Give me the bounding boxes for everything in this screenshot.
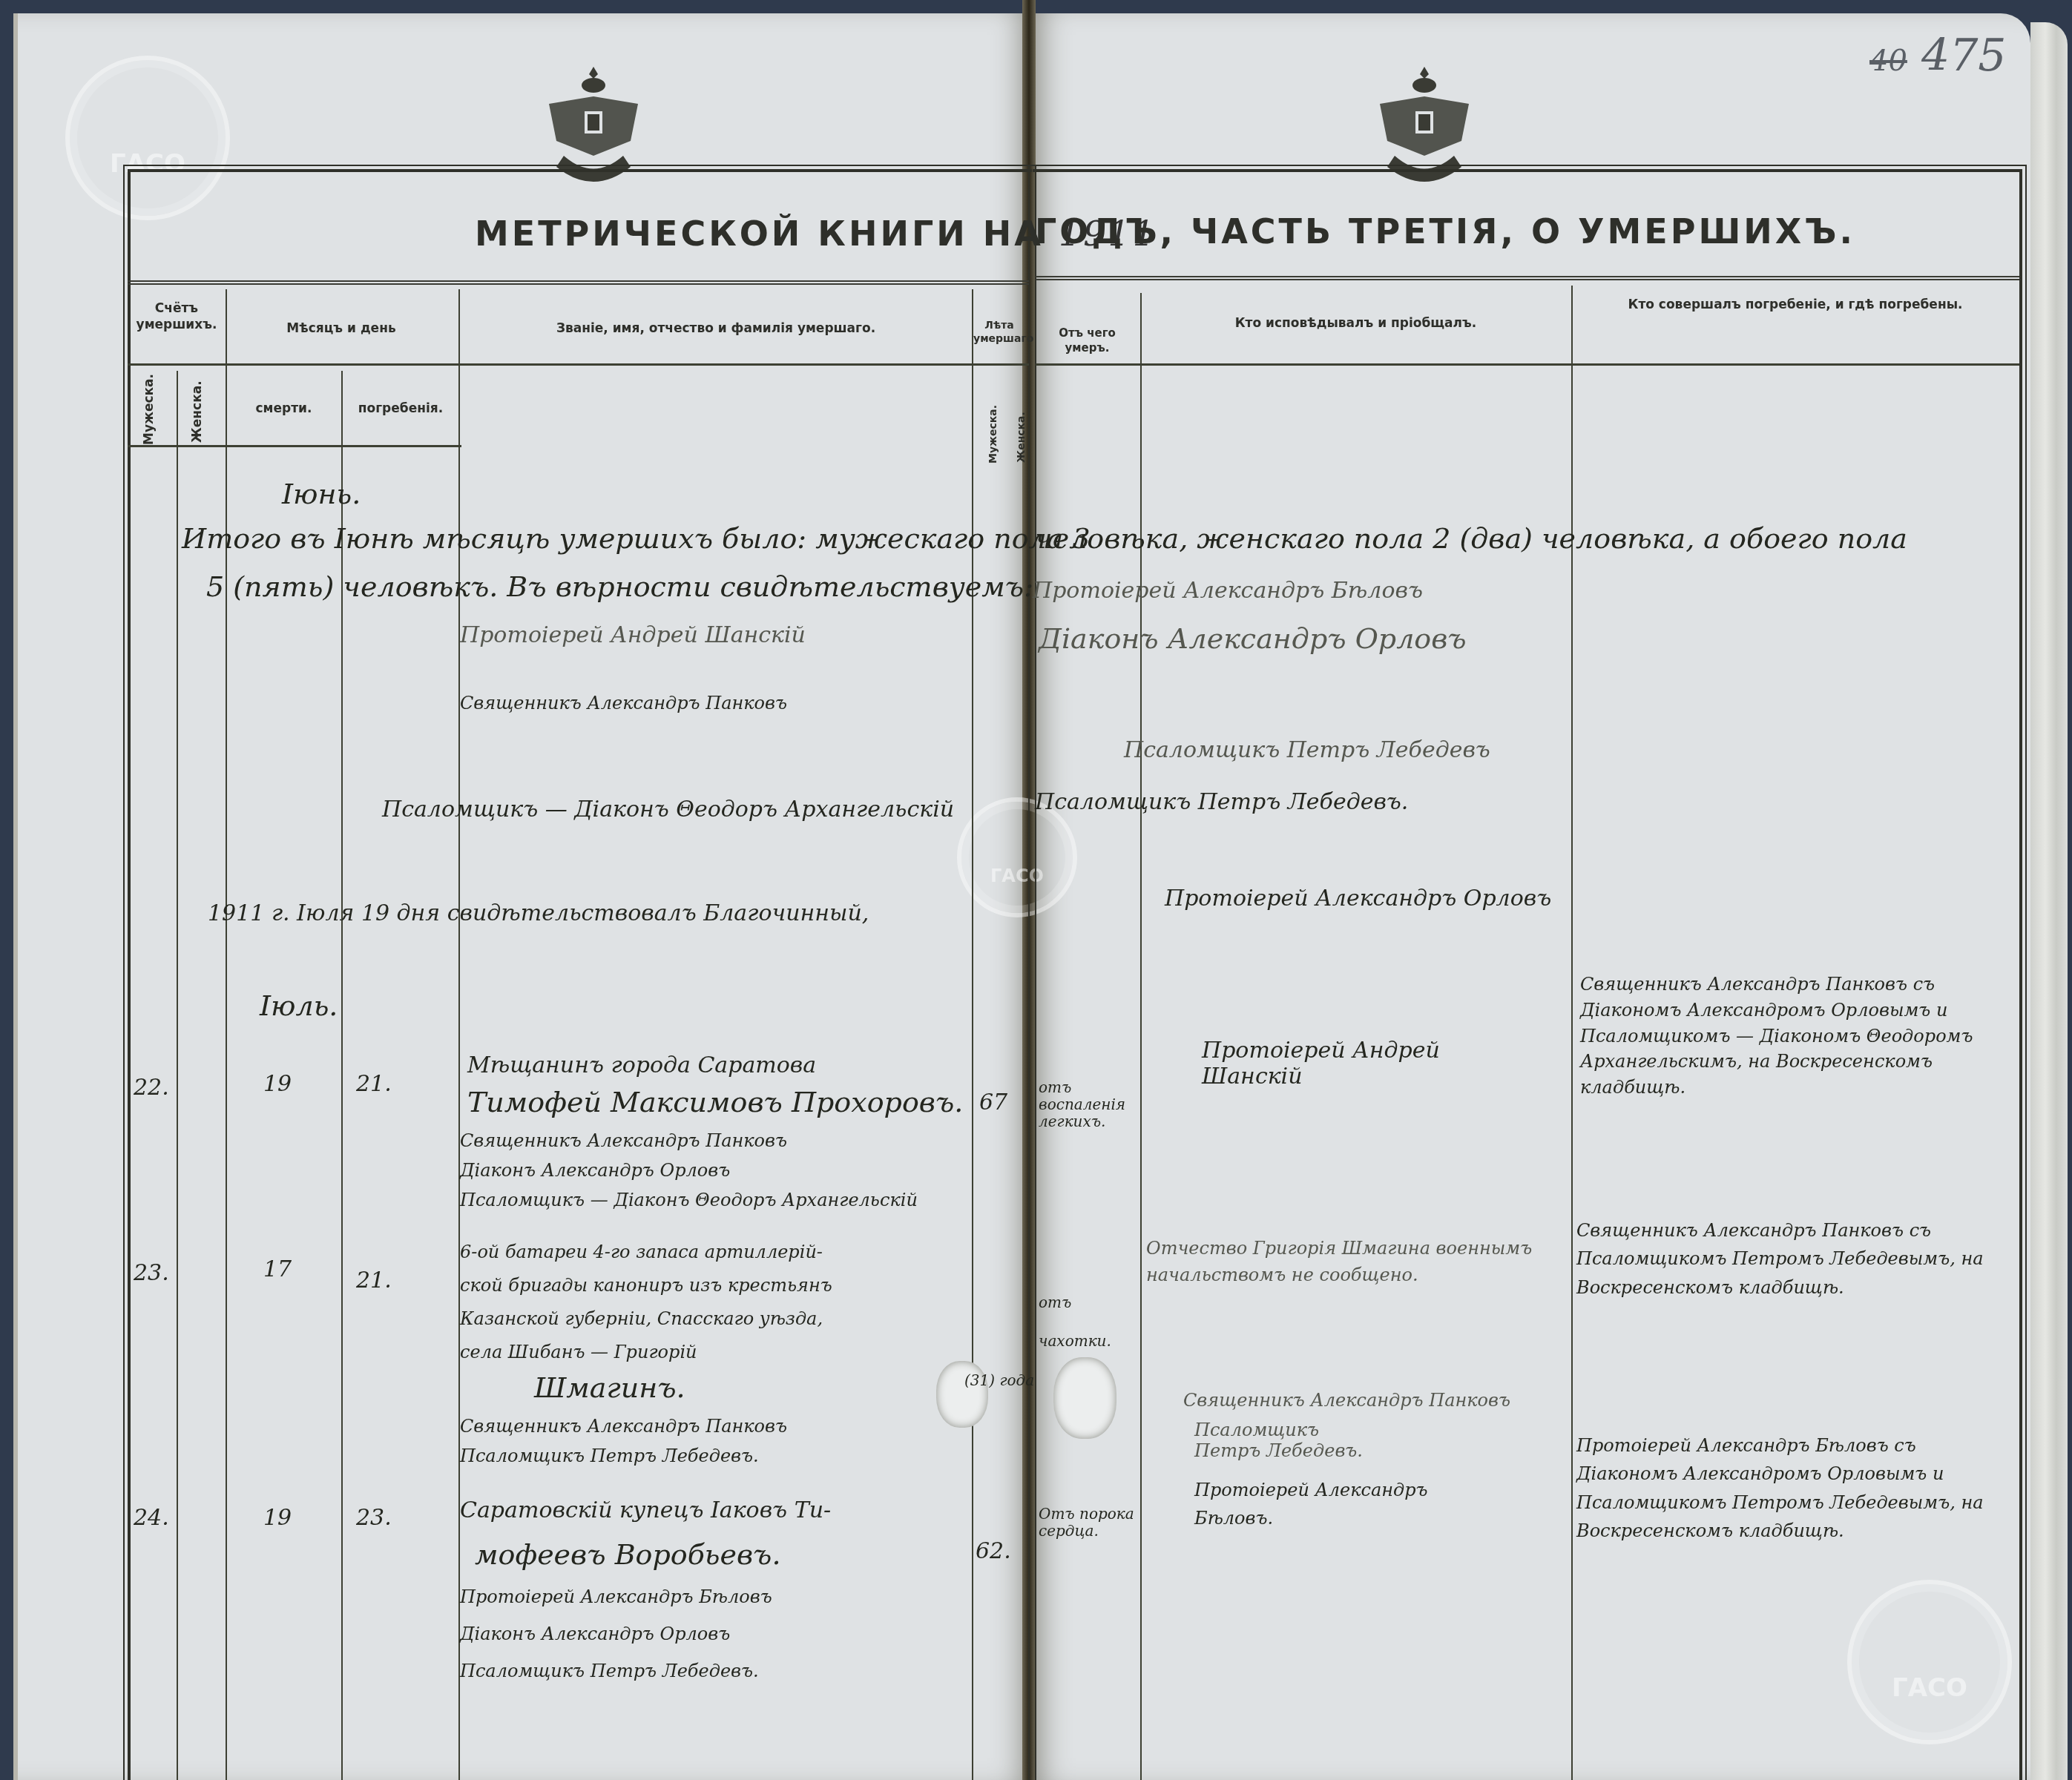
death-day: 19	[263, 1072, 292, 1098]
signature: Діаконъ Александръ Орловъ	[460, 1161, 730, 1181]
col-header-death: смерти.	[230, 400, 338, 417]
burial-day: 23.	[356, 1506, 392, 1532]
signature: Псаломщикъ Петръ Лебедевъ.	[460, 1446, 759, 1467]
deceased-name-line: Казанской губерніи, Спасскаго уѣзда,	[460, 1309, 823, 1330]
divider	[1036, 276, 2019, 280]
signature: Священникъ Александръ Панковъ	[460, 693, 787, 714]
month-label-july: Іюль.	[260, 990, 338, 1023]
dean-verification-note: 1911 г. Іюля 19 дня свидѣтельствовалъ Бл…	[208, 901, 869, 927]
signature: Псаломщикъ Петръ Лебедевъ.	[1035, 790, 1408, 816]
signature: Псаломщикъ — Діаконъ Θеодоръ Архангельск…	[382, 797, 954, 823]
col-header-burial: погребенія.	[345, 400, 456, 417]
folio-current: 475	[1921, 30, 2007, 82]
col-header-age-male: Мужеска.	[987, 397, 1000, 471]
signature: Псаломщикъ Петръ Лебедевъ.	[460, 1661, 759, 1682]
death-day: 19	[263, 1506, 292, 1532]
col-header-age-female: Женска.	[1015, 400, 1028, 475]
age-male: (31) года	[964, 1372, 1034, 1389]
entry-number: 24.	[134, 1506, 169, 1532]
col-header-month-day: Мѣсяцъ и день	[230, 320, 453, 337]
signature: Священникъ Александръ Панковъ	[460, 1131, 787, 1152]
cause-of-death: отъ воспаленія легкихъ.	[1039, 1079, 1135, 1130]
deceased-name-line: Саратовскій купецъ Іаковъ Ти-	[460, 1498, 831, 1524]
june-summary-line2: 5 (пять) человѣкъ. Въ вѣрности свидѣтель…	[206, 571, 1033, 604]
signature: Протоіерей Александръ Бѣловъ	[1033, 578, 1423, 604]
cause-of-death: Отъ порока сердца.	[1039, 1506, 1135, 1540]
signature: Священникъ Александръ Панковъ	[460, 1417, 787, 1437]
deceased-name-line: 6-ой батареи 4-го запаса артиллерій-	[460, 1242, 823, 1263]
deceased-name-line: Тимофей Максимовъ Прохоровъ.	[467, 1087, 963, 1119]
folio-number: 40 475	[1869, 30, 2007, 82]
age-male: 62.	[976, 1539, 1011, 1565]
age-male: 67	[979, 1090, 1007, 1116]
col-header-confessor: Кто исповѣдывалъ и пріобщалъ.	[1146, 315, 1565, 332]
folio-struck: 40	[1869, 44, 1907, 78]
signature: Псаломщикъ Петръ Лебедевъ.	[1194, 1420, 1380, 1461]
confessor: Отчество Григорія Шмагина военнымъ начал…	[1146, 1235, 1562, 1288]
burial-officiant: Священникъ Александръ Панковъ съ Діаконо…	[1580, 972, 1996, 1101]
signature: Псаломщикъ Петръ Лебедевъ	[1124, 738, 1490, 764]
signature: Протоіерей Александръ Бѣловъ	[460, 1587, 772, 1608]
confessor: Протоіерей Андрей Шанскій	[1202, 1038, 1499, 1090]
burial-day: 21.	[356, 1268, 392, 1294]
june-summary-line1-right: человѣка, женскаго пола 2 (два) человѣка…	[1035, 523, 1907, 556]
month-label-june: Іюнь.	[282, 478, 361, 511]
ledger-spread: 40 475 ГАСО ГАСО ГАСО МЕТРИЧЕСКОЙ КНИГИ …	[0, 0, 2072, 1780]
deceased-surname: Шмагинъ.	[534, 1372, 685, 1405]
paper-tear	[1053, 1357, 1116, 1439]
deceased-name-line: мофеевъ Воробьевъ.	[475, 1539, 781, 1572]
burial-officiant: Священникъ Александръ Панковъ съ Псаломщ…	[1576, 1216, 1999, 1302]
confessor: Протоіерей Александръ Бѣловъ.	[1194, 1476, 1506, 1533]
deceased-name-line: Мѣщанинъ города Саратова	[467, 1053, 816, 1079]
col-header-burial-by: Кто совершалъ погребеніе, и гдѣ погребен…	[1576, 297, 2014, 313]
col-header-cause: Отъ чего умеръ.	[1037, 326, 1137, 355]
burial-day: 21.	[356, 1072, 392, 1098]
divider	[128, 280, 1029, 285]
col-header-name: Званіе, имя, отчество и фамилія умершаго…	[464, 320, 968, 337]
death-day: 17	[263, 1257, 292, 1283]
dean-signature: Протоіерей Александръ Орловъ	[1165, 886, 1551, 912]
col-header-count: Счётъ умершихъ.	[132, 300, 221, 333]
page-title-continued: ГОДЪ, ЧАСТЬ ТРЕТІЯ, О УМЕРШИХЪ.	[1035, 211, 1855, 251]
signature: Діаконъ Александръ Орловъ	[460, 1624, 730, 1645]
deceased-name-line: ской бригады канониръ изъ крестьянъ	[460, 1276, 832, 1296]
entry-number: 23.	[134, 1261, 169, 1287]
signature: Псаломщикъ — Діаконъ Θеодоръ Архангельск…	[460, 1190, 918, 1211]
signature: Протоіерей Андрей Шанскій	[460, 623, 806, 649]
signature: Священникъ Александръ Панковъ	[1183, 1391, 1510, 1411]
col-header-age: Лѣта умершаго	[973, 319, 1025, 346]
col-header-count-female: Женска.	[189, 378, 205, 445]
burial-officiant: Протоіерей Александръ Бѣловъ съ Діаконом…	[1576, 1431, 1999, 1546]
col-header-count-male: Мужеска.	[141, 378, 157, 445]
entry-number: 22.	[134, 1075, 169, 1101]
june-summary-line1: Итого въ Іюнѣ мѣсяцѣ умершихъ было: муже…	[182, 523, 1091, 556]
cause-of-death: отъ чахотки.	[1039, 1283, 1135, 1360]
page-edges	[2030, 22, 2068, 1780]
deceased-name-line: села Шибанъ — Григорій	[460, 1342, 697, 1363]
signature: Діаконъ Александръ Орловъ	[1039, 623, 1467, 656]
